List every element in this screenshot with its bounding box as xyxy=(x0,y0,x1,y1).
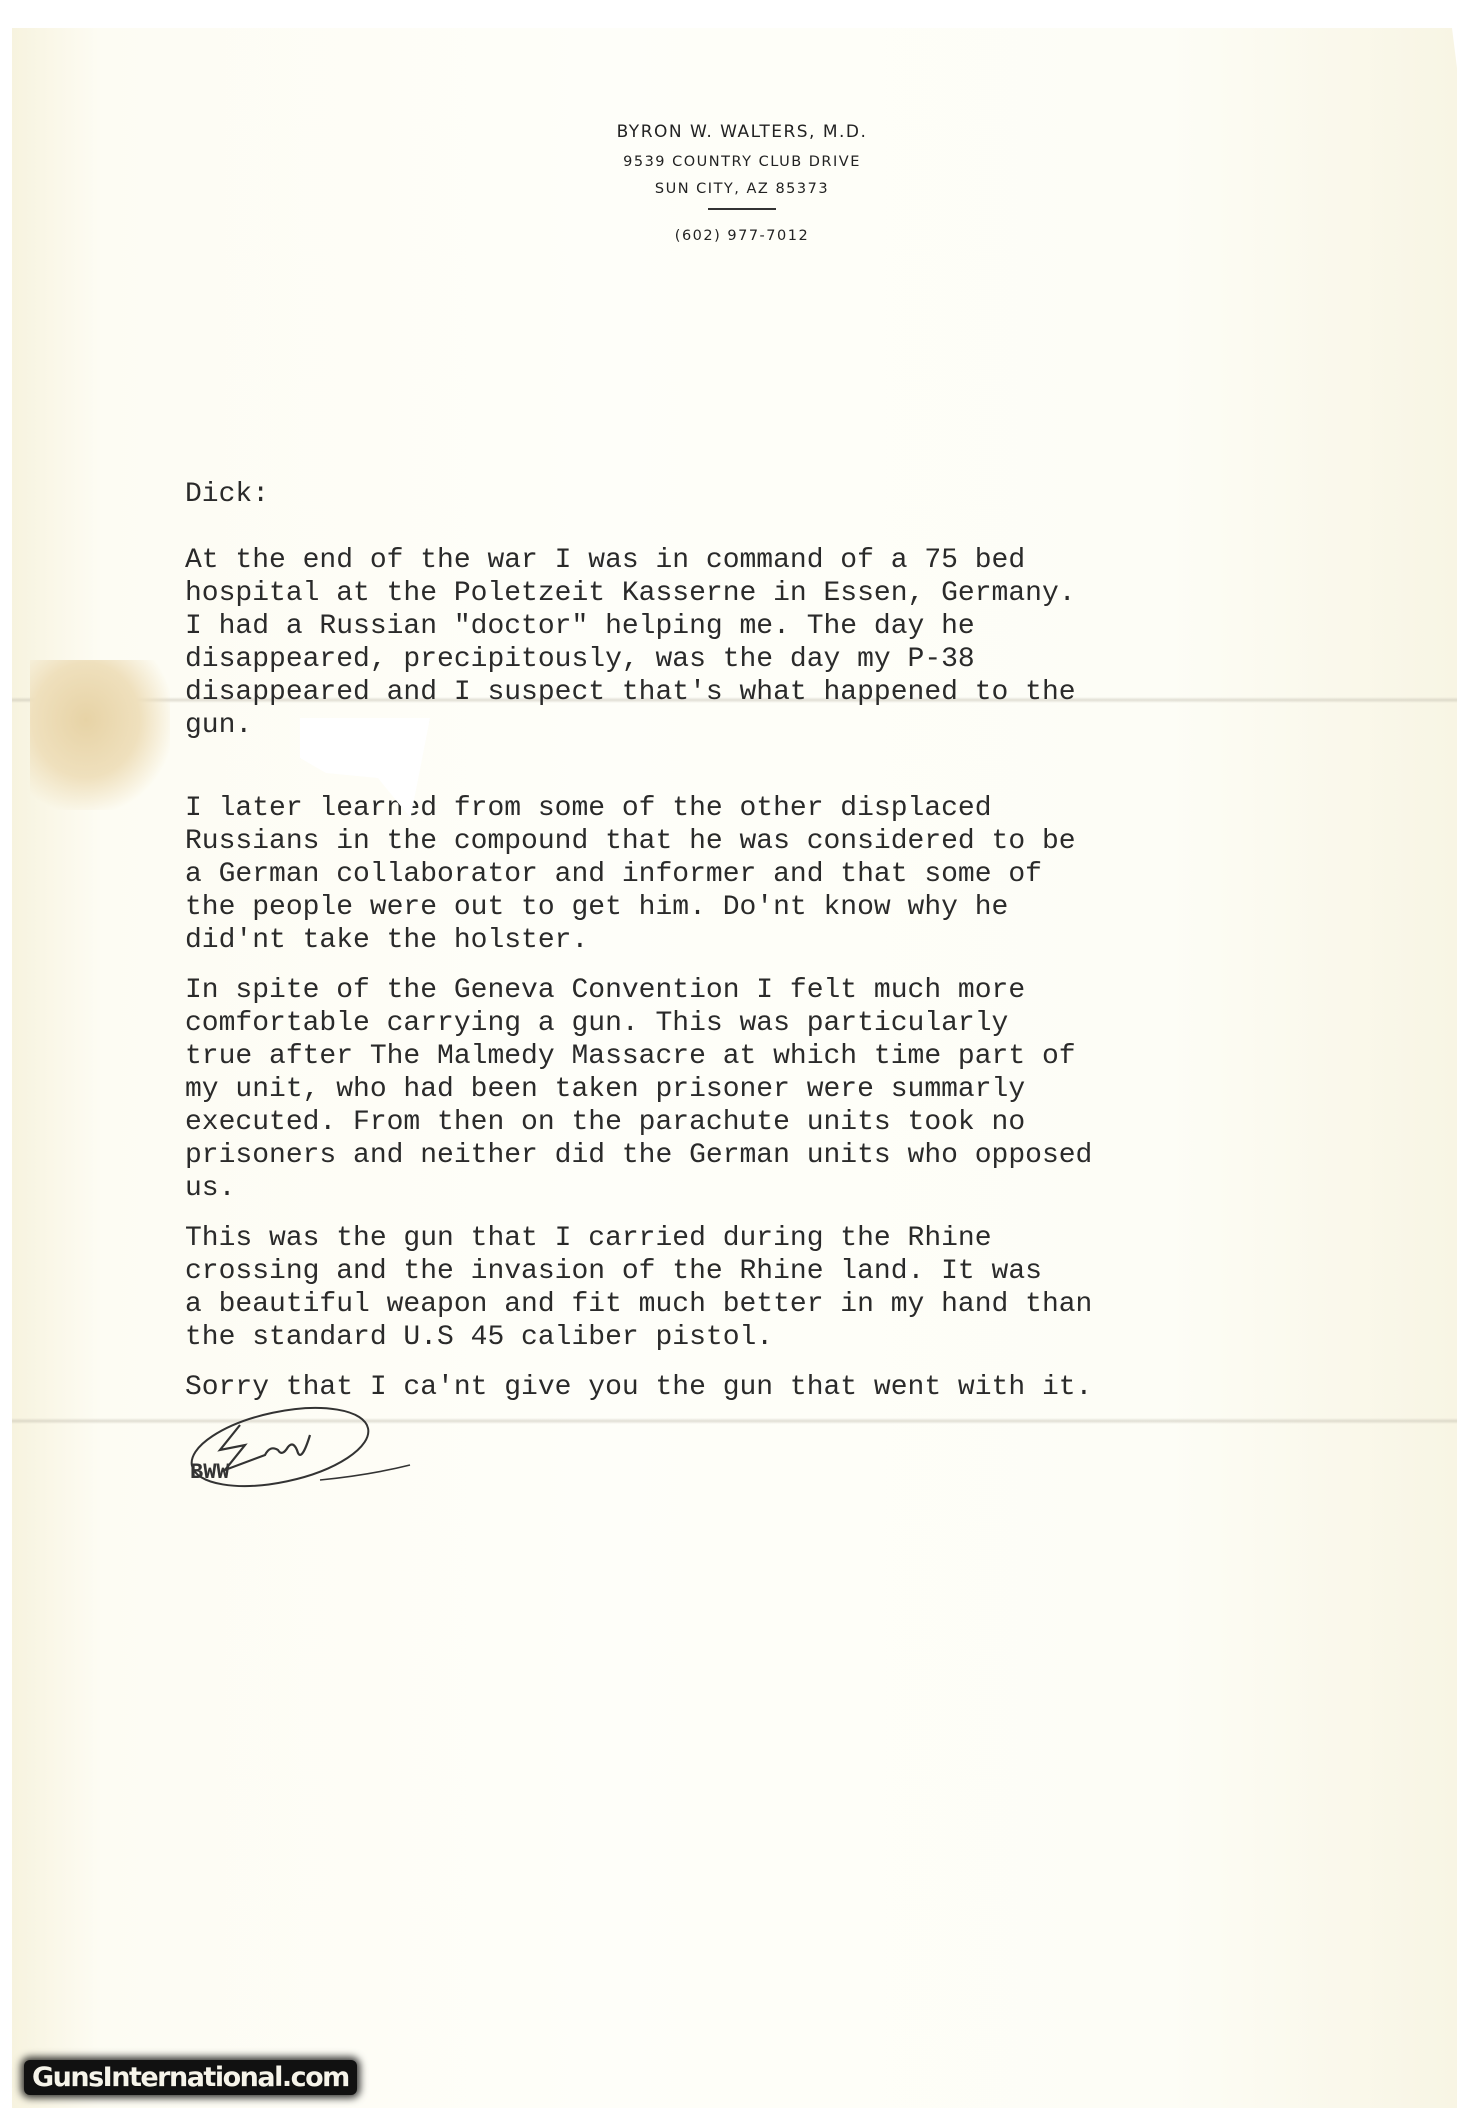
letterhead-name: BYRON W. WALTERS, M.D. xyxy=(0,122,1484,142)
letterhead-phone: (602) 977-7012 xyxy=(0,228,1484,244)
letterhead-address-line2: SUN CITY, AZ 85373 xyxy=(0,181,1484,197)
paragraph: I later learned from some of the other d… xyxy=(185,792,1335,957)
letterhead: BYRON W. WALTERS, M.D. 9539 COUNTRY CLUB… xyxy=(0,122,1484,255)
paper-stain xyxy=(30,660,170,810)
watermark-logo: GunsInternational.com xyxy=(24,2060,357,2095)
paragraph: This was the gun that I carried during t… xyxy=(185,1222,1335,1354)
letterhead-divider xyxy=(708,208,776,210)
paragraph: At the end of the war I was in command o… xyxy=(185,544,1335,742)
salutation: Dick: xyxy=(185,478,1335,511)
letterhead-address-line1: 9539 COUNTRY CLUB DRIVE xyxy=(0,154,1484,170)
paragraph: In spite of the Geneva Convention I felt… xyxy=(185,974,1335,1205)
signature-initials: BWW xyxy=(190,1460,230,1485)
letter-body: Dick: At the end of the war I was in com… xyxy=(185,478,1335,1421)
